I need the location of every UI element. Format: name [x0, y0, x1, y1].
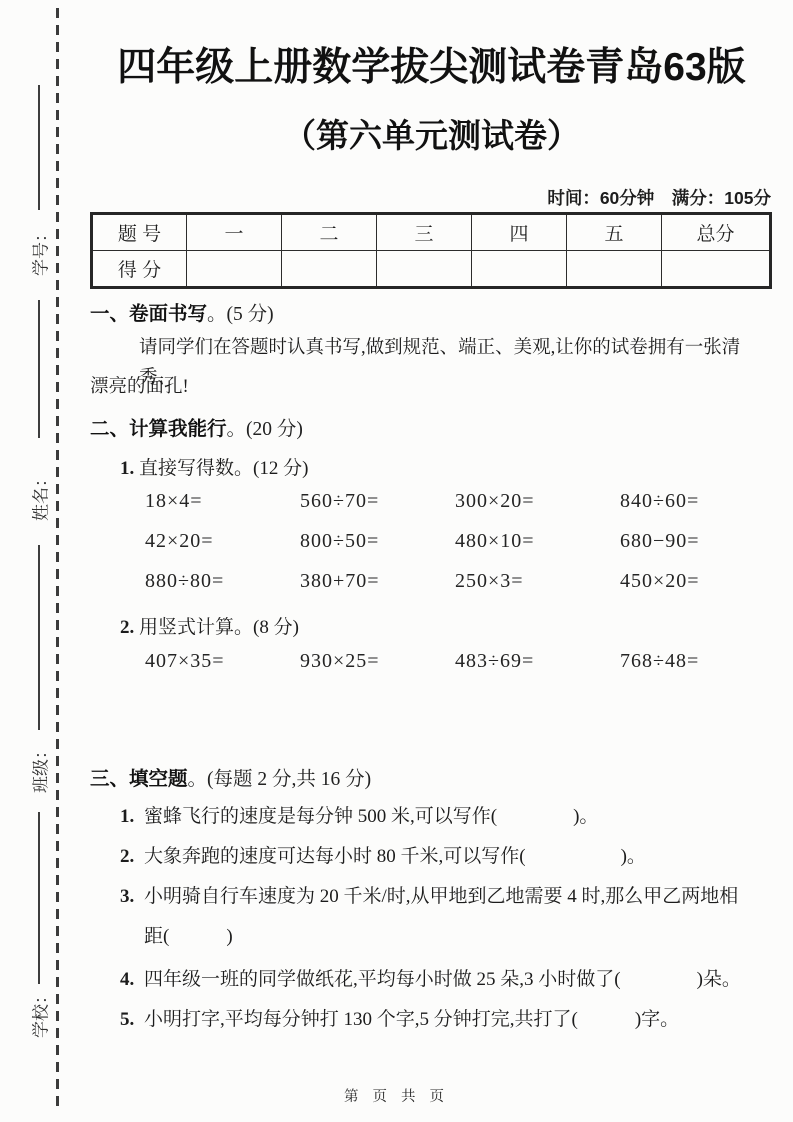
math-expression: 680−90=: [620, 530, 773, 553]
section-3-title: 三、填空题: [90, 768, 188, 790]
subsection-oral-calc-heading: 1. 直接写得数。(12 分): [120, 453, 308, 480]
name-label: 姓名：: [27, 450, 52, 542]
section-2-heading: 二、计算我能行。(20 分): [90, 413, 303, 441]
score-cell: [472, 251, 567, 288]
item-text: 四年级一班的同学做纸花,平均每小时做 25 朵,3 小时做了( )朵。: [144, 960, 773, 1000]
fill-item-3: 3. 小明骑自行车速度为 20 千米/时,从甲地到乙地需要 4 时,那么甲乙两地…: [90, 877, 773, 957]
math-expression: 18×4=: [145, 490, 300, 513]
section-2-title: 二、计算我能行: [90, 418, 227, 440]
student-id-label: 学号：: [27, 205, 52, 297]
item-number: 2.: [120, 837, 144, 877]
subsection-number: 2.: [120, 617, 134, 638]
math-expression: 450×20=: [620, 570, 773, 593]
school-label: 学校：: [27, 967, 52, 1059]
score-table: 题 号 一 二 三 四 五 总分 得 分: [90, 212, 772, 289]
item-number: 1.: [120, 797, 144, 837]
math-expression: 300×20=: [455, 490, 620, 513]
subsection-number: 1.: [120, 458, 134, 479]
math-expression: 407×35=: [145, 650, 300, 673]
section-1-title: 一、卷面书写: [90, 303, 207, 325]
score-cell: [187, 251, 282, 288]
fill-item-1: 1. 蜜蜂飞行的速度是每分钟 500 米,可以写作( )。: [90, 797, 773, 837]
math-expression: 840÷60=: [620, 490, 773, 513]
oral-calc-row-3: 880÷80= 380+70= 250×3= 450×20=: [90, 570, 773, 593]
seal-dashed-line: [56, 8, 59, 1108]
math-expression: 480×10=: [455, 530, 620, 553]
vertical-calc-row: 407×35= 930×25= 483÷69= 768÷48=: [90, 650, 773, 673]
item-number: 3.: [120, 877, 144, 917]
score-table-header-row: 题 号 一 二 三 四 五 总分: [92, 214, 771, 251]
item-text: 蜜蜂飞行的速度是每分钟 500 米,可以写作( )。: [144, 797, 773, 837]
math-expression: 800÷50=: [300, 530, 455, 553]
subsection-vertical-calc-heading: 2. 用竖式计算。(8 分): [120, 612, 299, 639]
section-1-score: 。(5 分): [207, 304, 274, 325]
page-footer: 第 页 共 页: [0, 1085, 793, 1106]
section-1-heading: 一、卷面书写。(5 分): [90, 298, 274, 326]
fill-item-5: 5. 小明打字,平均每分钟打 130 个字,5 分钟打完,共打了( )字。: [90, 1000, 773, 1040]
subsection-text: 用竖式计算。(8 分): [139, 617, 299, 638]
math-expression: 250×3=: [455, 570, 620, 593]
question-number-label: 题 号: [92, 214, 187, 251]
item-text: 大象奔跑的速度可达每小时 80 千米,可以写作( )。: [144, 837, 773, 877]
column-three: 三: [377, 214, 472, 251]
oral-calc-row-1: 18×4= 560÷70= 300×20= 840÷60=: [90, 490, 773, 513]
math-expression: 768÷48=: [620, 650, 773, 673]
column-one: 一: [187, 214, 282, 251]
class-label: 班级：: [27, 722, 52, 814]
student-id-writing-line: [38, 85, 40, 210]
score-label: 得 分: [92, 251, 187, 288]
score-cell: [282, 251, 377, 288]
exam-paper-page: 学号： 姓名： 班级： 学校： 四年级上册数学拔尖测试卷青岛63版 （第六单元测…: [0, 0, 793, 1122]
section-1-paragraph-line-2: 漂亮的面孔!: [90, 372, 773, 402]
oral-calc-row-2: 42×20= 800÷50= 480×10= 680−90=: [90, 530, 773, 553]
item-text: 小明打字,平均每分钟打 130 个字,5 分钟打完,共打了( )字。: [144, 1000, 773, 1040]
column-two: 二: [282, 214, 377, 251]
fill-item-4: 4. 四年级一班的同学做纸花,平均每小时做 25 朵,3 小时做了( )朵。: [90, 960, 773, 1000]
math-expression: 380+70=: [300, 570, 455, 593]
score-cell: [567, 251, 662, 288]
fill-in-items: 1. 蜜蜂飞行的速度是每分钟 500 米,可以写作( )。 2. 大象奔跑的速度…: [90, 797, 773, 1040]
time-score-info: 时间：60分钟 满分：105分: [547, 185, 771, 210]
math-expression: 560÷70=: [300, 490, 455, 513]
item-text: 小明骑自行车速度为 20 千米/时,从甲地到乙地需要 4 时,那么甲乙两地相 距…: [144, 877, 773, 957]
math-expression: 42×20=: [145, 530, 300, 553]
class-writing-line: [38, 545, 40, 730]
fill-item-2: 2. 大象奔跑的速度可达每小时 80 千米,可以写作( )。: [90, 837, 773, 877]
section-2-score: 。(20 分): [227, 419, 303, 440]
math-expression: 930×25=: [300, 650, 455, 673]
score-cell: [662, 251, 771, 288]
column-total: 总分: [662, 214, 771, 251]
item-number: 5.: [120, 1000, 144, 1040]
score-table-score-row: 得 分: [92, 251, 771, 288]
name-writing-line: [38, 300, 40, 438]
column-four: 四: [472, 214, 567, 251]
subsection-text: 直接写得数。(12 分): [139, 458, 308, 479]
column-five: 五: [567, 214, 662, 251]
section-3-heading: 三、填空题。(每题 2 分,共 16 分): [90, 763, 371, 791]
math-expression: 880÷80=: [145, 570, 300, 593]
school-writing-line: [38, 812, 40, 984]
page-subtitle: （第六单元测试卷）: [90, 110, 773, 157]
item-number: 4.: [120, 960, 144, 1000]
section-3-score: 。(每题 2 分,共 16 分): [188, 769, 372, 790]
page-title: 四年级上册数学拔尖测试卷青岛63版: [90, 36, 773, 92]
math-expression: 483÷69=: [455, 650, 620, 673]
score-cell: [377, 251, 472, 288]
